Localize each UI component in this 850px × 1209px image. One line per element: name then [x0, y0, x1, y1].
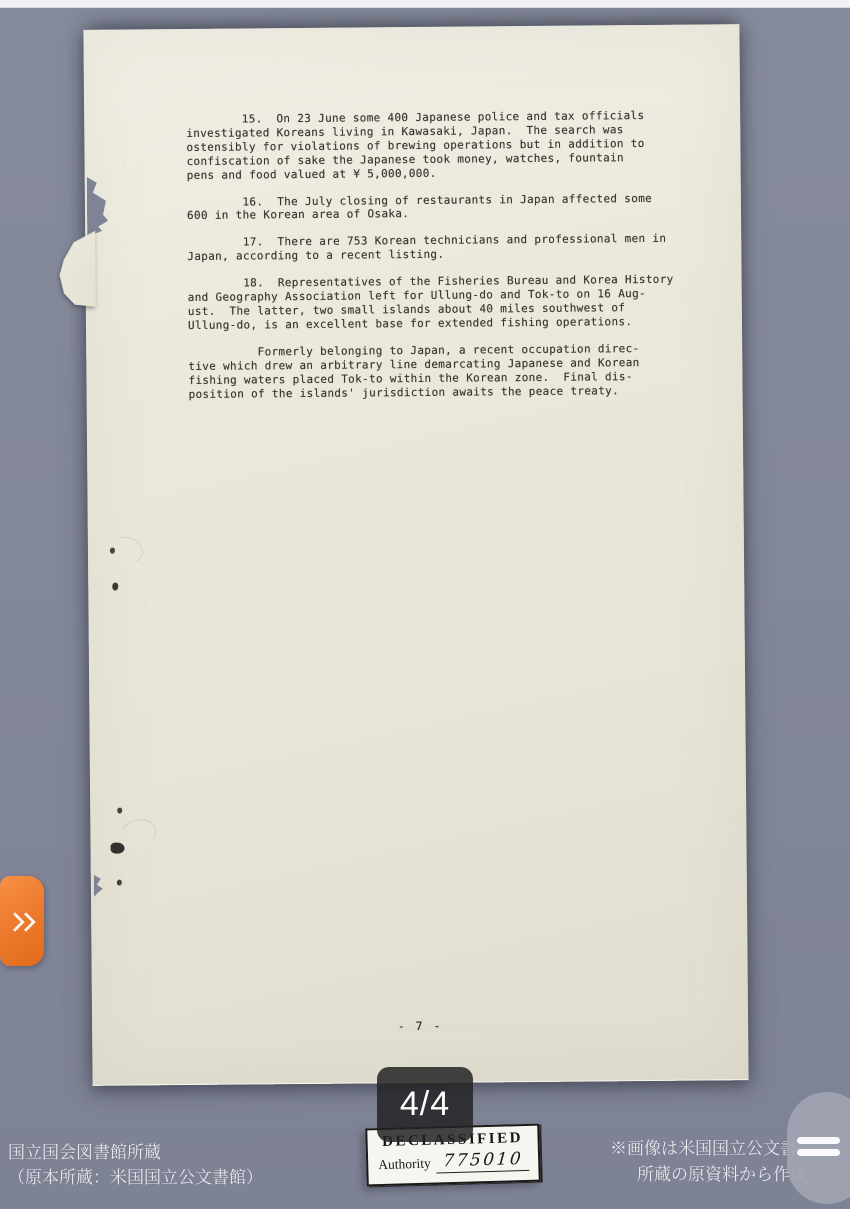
- viewer-screen: 15. On 23 June some 400 Japanese police …: [0, 0, 850, 1209]
- document-page-image[interactable]: 15. On 23 June some 400 Japanese police …: [83, 24, 748, 1086]
- paragraph-18: 18. Representatives of the Fisheries Bur…: [188, 273, 674, 333]
- caption-holding-institution: 国立国会図書館所蔵 （原本所蔵：米国国立公文書館）: [8, 1140, 263, 1190]
- paragraph-17: 17. There are 753 Korean technicians and…: [187, 232, 673, 264]
- punch-hole: [112, 583, 118, 591]
- menu-icon: [797, 1149, 840, 1156]
- page-number: - 7 -: [92, 1016, 748, 1036]
- page-indicator-badge: 4/4: [377, 1067, 473, 1142]
- top-edge-strip: [0, 0, 850, 8]
- caption-line: 国立国会図書館所蔵: [8, 1140, 263, 1165]
- punch-hole: [110, 843, 124, 854]
- paragraph-16: 16. The July closing of restaurants in J…: [187, 191, 673, 223]
- text-line: Japan, according to a recent listing.: [187, 246, 673, 264]
- punch-hole: [117, 880, 122, 886]
- expand-panel-button[interactable]: [0, 876, 44, 966]
- caption-line: （原本所蔵：米国国立公文書館）: [8, 1165, 263, 1190]
- text-line: 600 in the Korean area of Osaka.: [187, 205, 673, 223]
- stamp-authority-label: Authority: [378, 1156, 431, 1173]
- torn-paper-flap: [59, 231, 96, 307]
- torn-edge-nick: [94, 875, 106, 897]
- menu-icon: [797, 1137, 840, 1144]
- stamp-authority-number: 775010: [436, 1149, 530, 1174]
- chevron-double-right-icon: [16, 912, 36, 932]
- paragraph-15: 15. On 23 June some 400 Japanese police …: [186, 109, 673, 183]
- caption-source-note-line1: ※画像は米国国立公文書: [610, 1136, 797, 1161]
- paragraph-19: Formerly belonging to Japan, a recent oc…: [188, 342, 674, 402]
- menu-button[interactable]: [787, 1092, 850, 1204]
- caption-source-note-line2: 所蔵の原資料から作成: [637, 1162, 807, 1187]
- punch-hole: [117, 808, 122, 814]
- torn-edge-notch: [87, 177, 114, 237]
- text-line: Ullung-do, is an excellent base for exte…: [188, 315, 674, 333]
- typewritten-text: 15. On 23 June some 400 Japanese police …: [186, 109, 675, 415]
